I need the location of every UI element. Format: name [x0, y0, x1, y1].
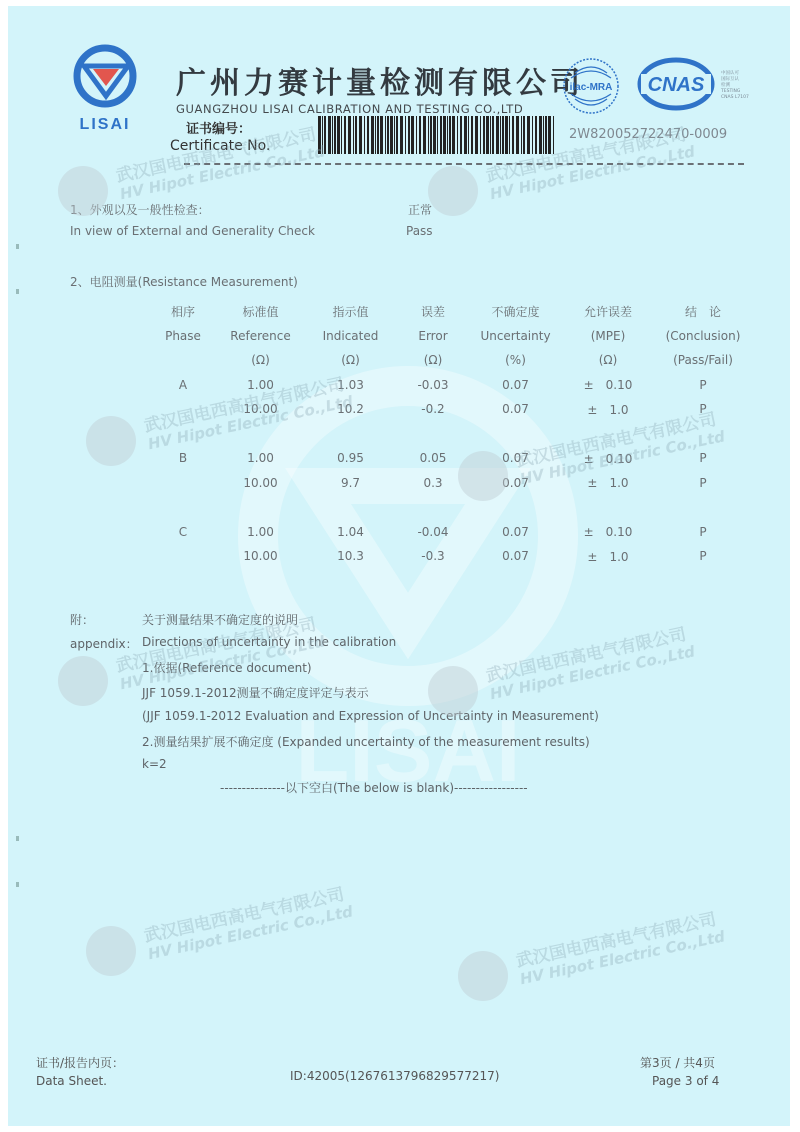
table-row: B1.000.950.050.07± 0.10P — [148, 446, 753, 471]
table-header-en: PhaseReferenceIndicatedErrorUncertainty(… — [148, 324, 753, 349]
svg-text:检测: 检测 — [721, 81, 730, 88]
footer-page-cn: 第3页 / 共4页 — [640, 1054, 715, 1071]
appendix-label-en: appendix： — [70, 635, 138, 652]
section1-result-cn: 正常 — [408, 201, 432, 218]
svg-text:TESTING: TESTING — [720, 88, 741, 94]
lisai-logo-icon: LISAI — [68, 41, 143, 136]
certificate-number: 2W820052722470-0009 — [569, 127, 727, 142]
appendix-label-cn: 附： — [70, 611, 94, 628]
table-row: 10.0010.2-0.20.07± 1.0P — [148, 397, 753, 422]
certificate-label-cn: 证书编号： — [186, 118, 251, 137]
watermark-logo-icon — [86, 926, 136, 976]
watermark-text: 武汉国电西高电气有限公司HV Hipot Electric Co.,Ltd — [143, 885, 355, 964]
appendix-line: Directions of uncertainty in the calibra… — [142, 635, 396, 649]
section1-label-cn: 1、外观以及一般性检查： — [70, 201, 210, 218]
table-spacer — [148, 495, 753, 520]
watermark-logo-icon — [86, 416, 136, 466]
appendix-line: 2.测量结果扩展不确定度 (Expanded uncertainty of th… — [142, 733, 590, 750]
watermark-logo-icon — [458, 951, 508, 1001]
table-row: C1.001.04-0.040.07± 0.10P — [148, 520, 753, 545]
table-header-unit: (Ω)(Ω)(Ω)(%)(Ω)(Pass/Fail) — [148, 348, 753, 373]
watermark-text: 武汉国电西高电气有限公司HV Hipot Electric Co.,Ltd — [515, 910, 727, 989]
appendix-line: 1.依据(Reference document) — [142, 659, 312, 676]
watermark-logo-icon — [428, 166, 478, 216]
footer-id: ID:42005(1267613796829577217) — [290, 1069, 499, 1083]
svg-text:中国认可: 中国认可 — [721, 69, 739, 76]
cnas-icon: CNAS — [640, 60, 712, 108]
ilac-mra-icon: ilac-MRA — [564, 59, 618, 113]
svg-text:CNAS L7107: CNAS L7107 — [721, 94, 749, 100]
section2-label: 2、电阻测量(Resistance Measurement) — [70, 273, 298, 290]
table-row: 10.0010.3-0.30.07± 1.0P — [148, 544, 753, 569]
blank-notice: ---------------以下空白(The below is blank)-… — [220, 779, 528, 796]
table-row: 10.009.70.30.07± 1.0P — [148, 471, 753, 496]
accreditation-logos: ilac-MRA CNAS 中国认可 国际互认 检测 TESTING CNAS … — [561, 56, 781, 116]
table-header-cn: 相序标准值指示值误差不确定度允许误差结 论 — [148, 299, 753, 324]
certificate-page: LISAI LISAI 广州力赛计量检测有限公司 GUANGZHOU LISAI… — [8, 6, 790, 1126]
appendix-line: (JJF 1059.1-2012 Evaluation and Expressi… — [142, 709, 599, 723]
certificate-label-en: Certificate No. — [170, 138, 270, 154]
watermark-text: 武汉国电西高电气有限公司HV Hipot Electric Co.,Ltd — [485, 625, 697, 704]
footer-page-en: Page 3 of 4 — [652, 1074, 719, 1088]
svg-text:国际互认: 国际互认 — [721, 75, 739, 82]
section1-result-en: Pass — [406, 224, 433, 238]
header-divider — [184, 163, 744, 165]
footer-type-en: Data Sheet. — [36, 1074, 107, 1088]
svg-text:ilac-MRA: ilac-MRA — [570, 82, 613, 93]
appendix-line: k=2 — [142, 757, 167, 771]
barcode-icon — [318, 116, 556, 154]
company-name-en: GUANGZHOU LISAI CALIBRATION AND TESTING … — [176, 102, 523, 116]
svg-text:CNAS: CNAS — [648, 74, 705, 96]
footer-type-cn: 证书/报告内页： — [36, 1054, 124, 1071]
section1-label-en: In view of External and Generality Check — [70, 224, 315, 238]
table-row: A1.001.03-0.030.07± 0.10P — [148, 373, 753, 398]
table-spacer — [148, 422, 753, 447]
watermark-logo-icon — [58, 656, 108, 706]
appendix-line: JJF 1059.1-2012测量不确定度评定与表示 — [142, 684, 369, 701]
appendix-line: 关于测量结果不确定度的说明 — [142, 611, 298, 628]
resistance-measurement-table: 相序标准值指示值误差不确定度允许误差结 论PhaseReferenceIndic… — [148, 299, 753, 569]
svg-text:LISAI: LISAI — [80, 116, 131, 133]
company-name-cn: 广州力赛计量检测有限公司 — [176, 58, 584, 102]
